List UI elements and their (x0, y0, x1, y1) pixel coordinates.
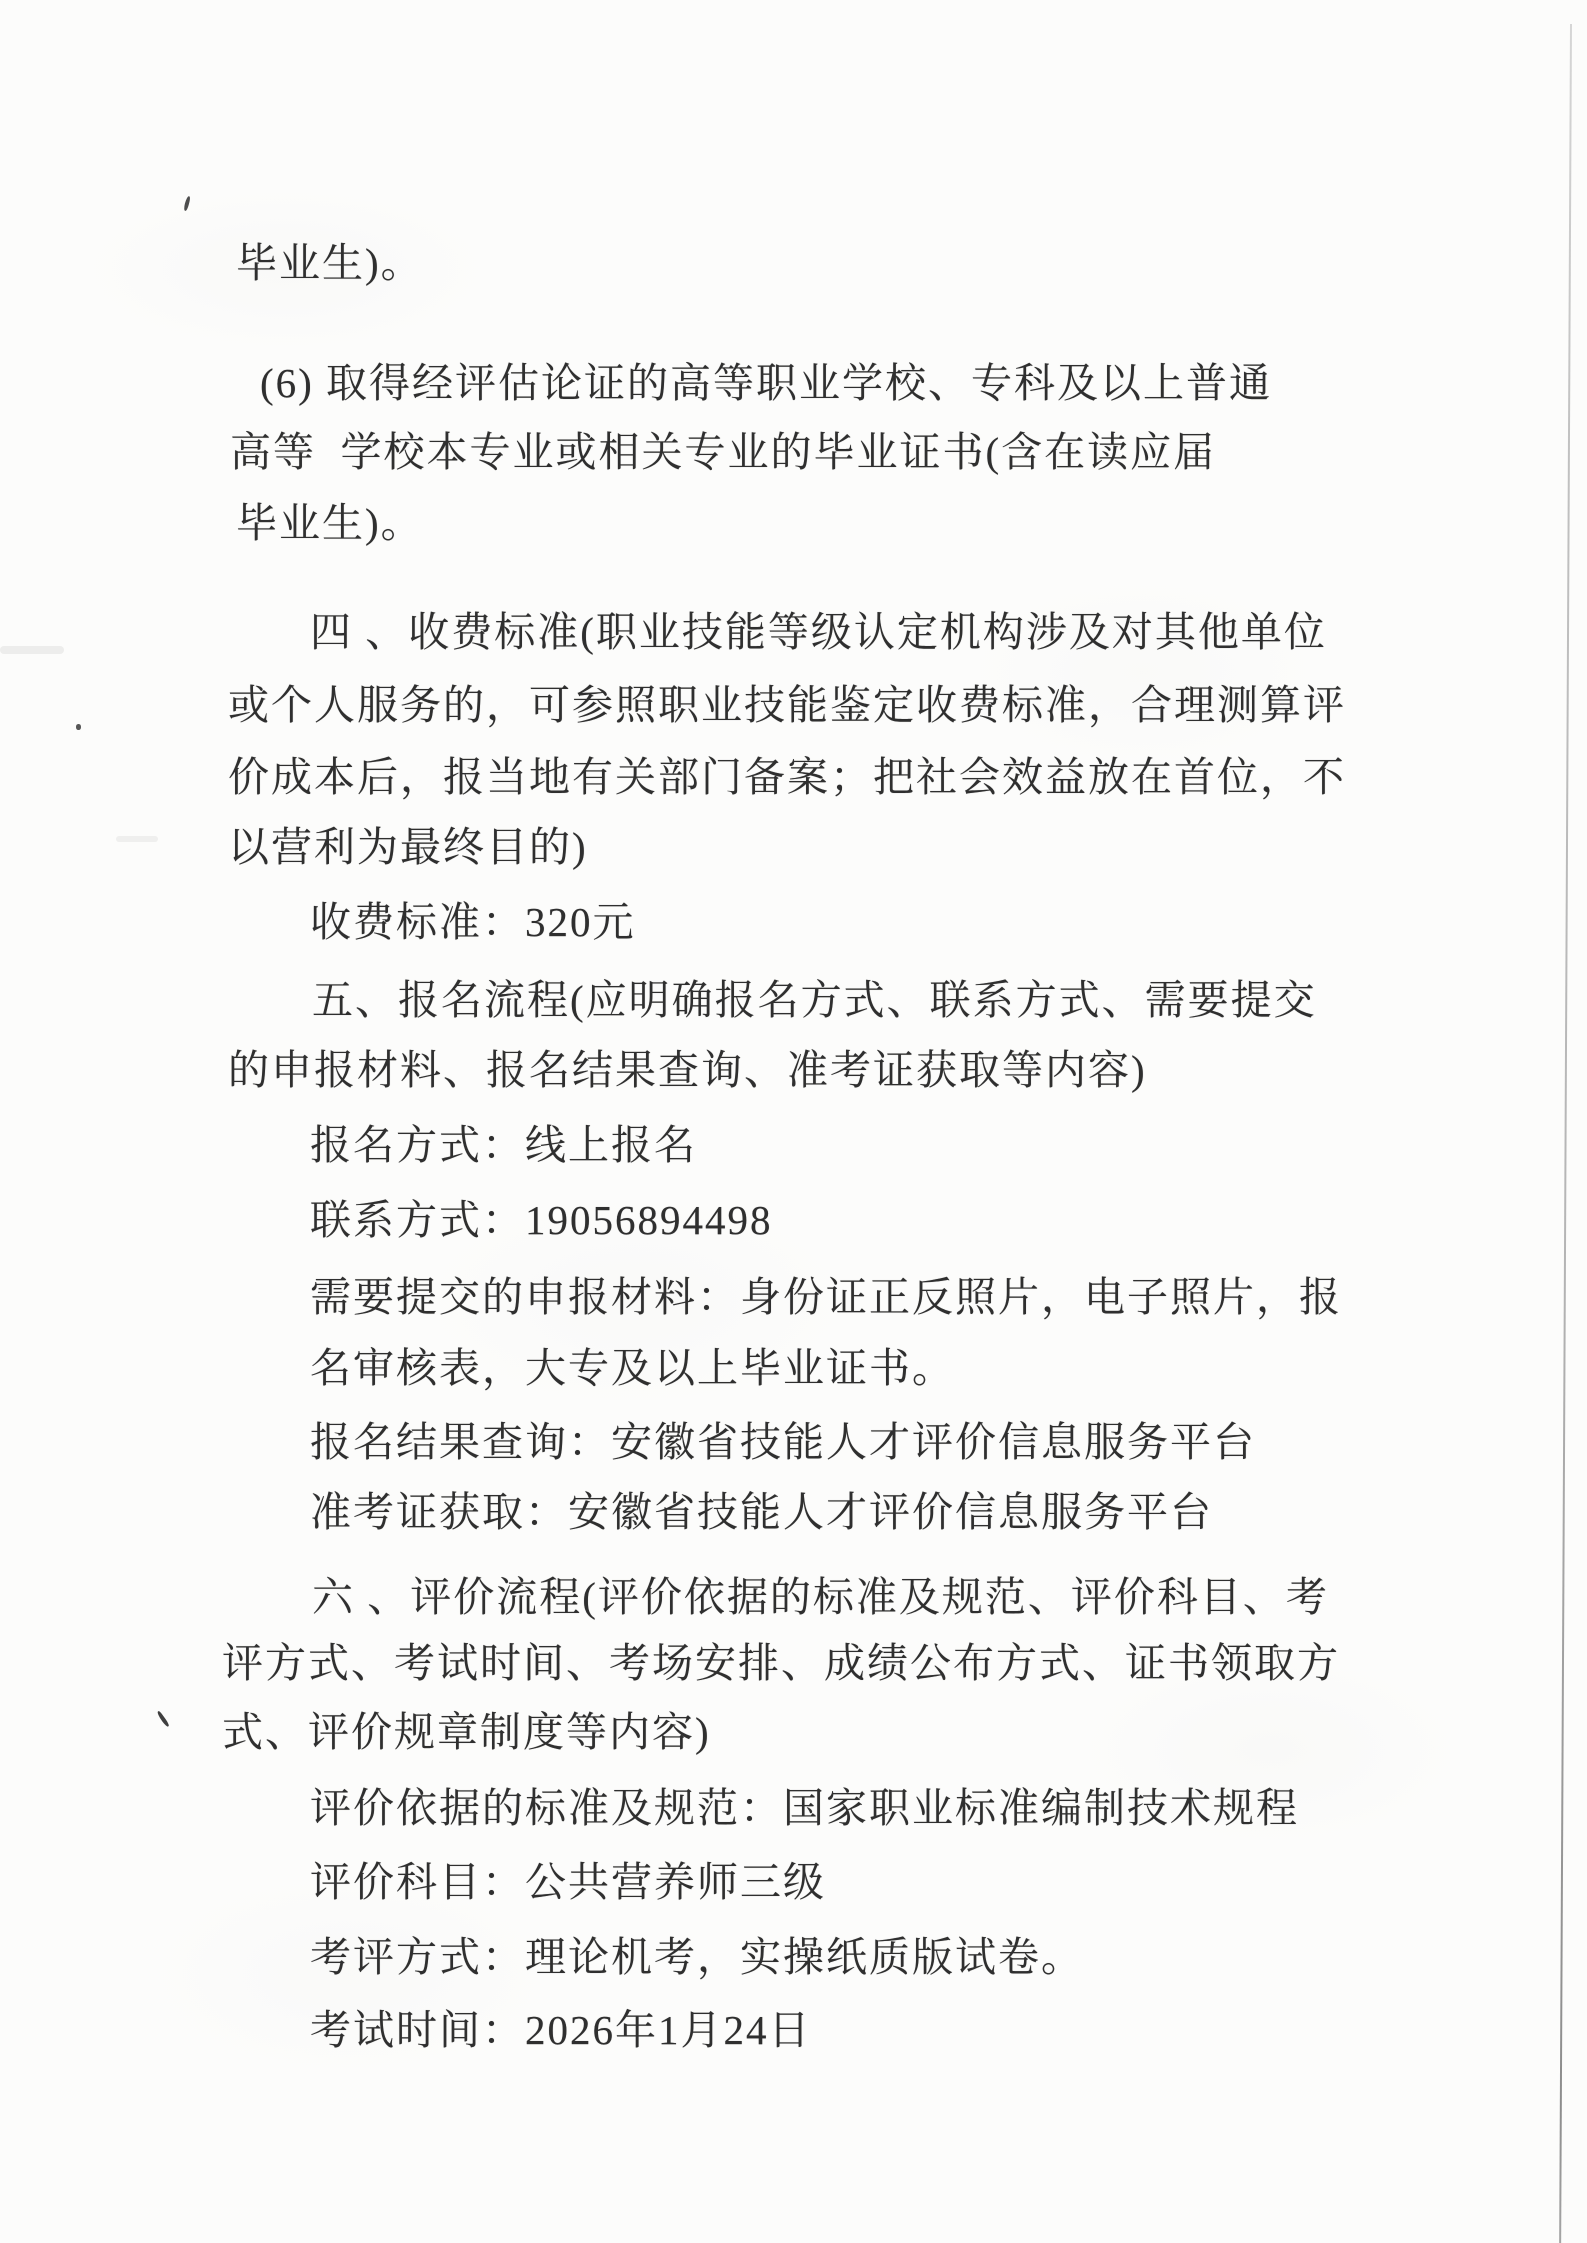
doc-line-18: 六 、评价流程(评价依据的标准及规范、评价科目、考 (312, 1575, 1329, 1619)
scan-edge-line (1559, 24, 1572, 2243)
doc-line-14: 需要提交的申报材料：身份证正反照片，电子照片，报 (310, 1275, 1342, 1319)
doc-line-19: 评方式、考试时间、考场安排、成绩公布方式、证书领取方 (222, 1641, 1340, 1685)
paper-smear (0, 646, 64, 654)
doc-line-22: 评价科目：公共营养师三级 (310, 1860, 826, 1904)
doc-line-20: 式、评价规章制度等内容) (222, 1710, 711, 1754)
doc-line-03: 高等 学校本专业或相关专业的毕业证书(含在读应届 (230, 430, 1216, 474)
doc-line-24: 考试时间：2026年1月24日 (310, 2008, 812, 2052)
doc-line-05: 四 、收费标准(职业技能等级认定机构涉及对其他单位 (310, 610, 1327, 654)
scanned-document-page: 毕业生)。 (6) 取得经评估论证的高等职业学校、专科及以上普通 高等 学校本专… (0, 0, 1587, 2243)
doc-line-17: 准考证获取：安徽省技能人才评价信息服务平台 (310, 1490, 1213, 1534)
doc-line-07: 价成本后，报当地有关部门备案；把社会效益放在首位，不 (228, 755, 1346, 799)
doc-line-15: 名审核表，大专及以上毕业证书。 (310, 1346, 955, 1390)
doc-line-08: 以营利为最终目的) (228, 825, 588, 869)
doc-line-09: 收费标准：320元 (310, 900, 636, 944)
doc-line-01: 毕业生)。 (236, 241, 424, 285)
doc-line-06: 或个人服务的，可参照职业技能鉴定收费标准，合理测算评 (228, 683, 1346, 727)
doc-line-04: 毕业生)。 (236, 501, 424, 545)
ink-speck (76, 724, 81, 730)
doc-line-11: 的申报材料、报名结果查询、准考证获取等内容) (228, 1048, 1147, 1092)
doc-line-23: 考评方式：理论机考，实操纸质版试卷。 (310, 1935, 1084, 1979)
doc-line-12: 报名方式：线上报名 (310, 1123, 697, 1167)
doc-line-02: (6) 取得经评估论证的高等职业学校、专科及以上普通 (260, 361, 1272, 405)
paper-smear (116, 836, 158, 842)
doc-line-10: 五、报名流程(应明确报名方式、联系方式、需要提交 (312, 978, 1317, 1022)
doc-line-16: 报名结果查询：安徽省技能人才评价信息服务平台 (310, 1420, 1256, 1464)
doc-line-13: 联系方式：19056894498 (310, 1198, 773, 1242)
doc-line-21: 评价依据的标准及规范：国家职业标准编制技术规程 (310, 1786, 1299, 1830)
stray-ink-mark (156, 1711, 170, 1728)
stray-ink-mark (183, 196, 191, 212)
